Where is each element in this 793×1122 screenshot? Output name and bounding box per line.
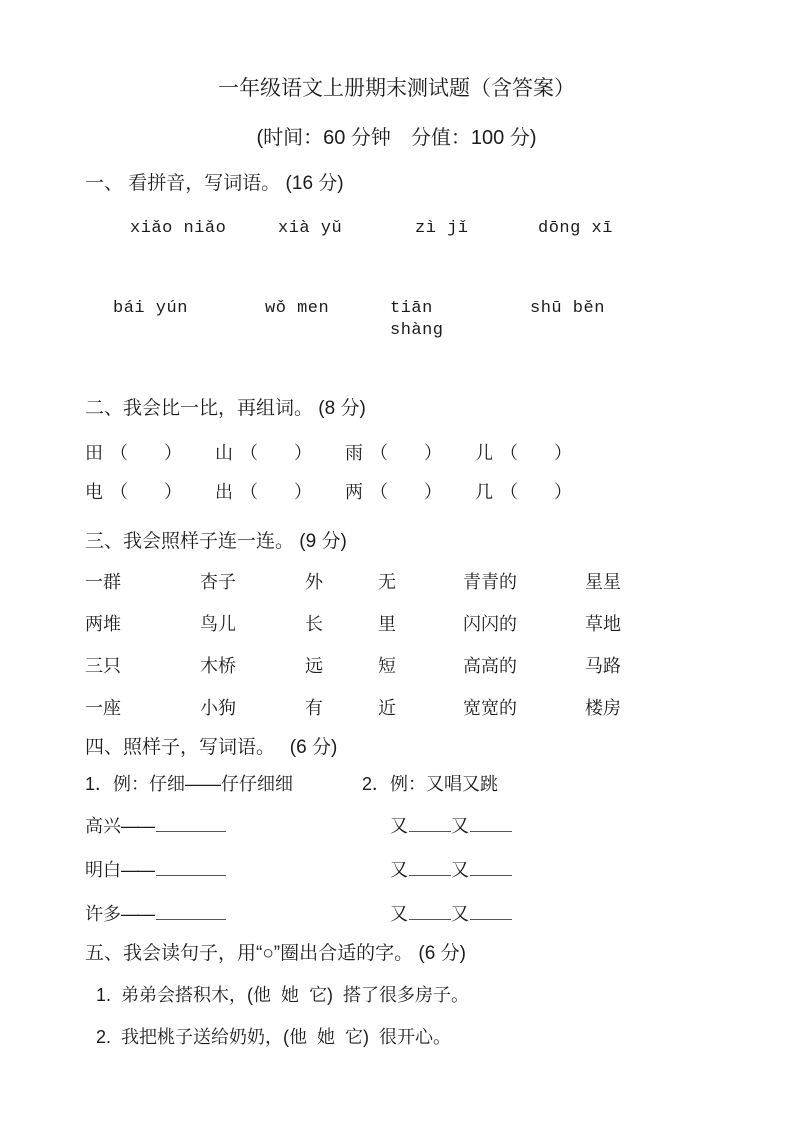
pinyin-word: bái yún — [85, 298, 233, 342]
match-cell: 高高的 — [463, 654, 585, 679]
answer-parentheses: （ ） — [500, 482, 572, 502]
answer-parentheses: （ ） — [370, 482, 442, 502]
character: 电 — [85, 482, 103, 502]
pinyin-word: xià yǔ — [233, 218, 370, 240]
character: 雨 — [345, 443, 363, 463]
match-cell: 一座 — [85, 696, 200, 721]
answer-blank — [409, 904, 451, 920]
section-1-heading: 一、 看拼音，写词语。 (16 分) — [85, 171, 708, 196]
answer-parentheses: （ ） — [240, 482, 312, 502]
pinyin-word: zì jǐ — [370, 218, 493, 240]
match-row: 一座 小狗 有 近 宽宽的 楼房 — [85, 696, 708, 721]
section-5-heading: 五、我会读句子，用“○”圈出合适的字。 (6 分) — [85, 941, 708, 966]
compare-cell: 雨（ ） — [345, 441, 475, 466]
compare-row-2: 电（ ） 出（ ） 两（ ） 几（ ） — [85, 480, 708, 505]
character: 几 — [475, 482, 493, 502]
compare-row-1: 田（ ） 山（ ） 雨（ ） 儿（ ） — [85, 441, 708, 466]
word: 许多 — [85, 904, 121, 924]
word-blank-right: 又又 — [390, 813, 708, 839]
pinyin-word: tiān shàng — [370, 298, 493, 342]
word: 明白 — [85, 860, 121, 880]
compare-cell: 几（ ） — [475, 480, 605, 505]
word-blank-right: 又又 — [390, 857, 708, 883]
pinyin-word: wǒ men — [233, 298, 370, 342]
pinyin-word: shū běn — [493, 298, 708, 342]
answer-blank — [409, 860, 451, 876]
page-subtitle: (时间：60 分钟 分值：100 分) — [85, 126, 708, 151]
match-cell: 短 — [378, 654, 463, 679]
word-blank-left: 明白—— — [85, 857, 390, 883]
match-cell: 星星 — [585, 570, 708, 595]
answer-parentheses: （ ） — [110, 482, 182, 502]
word-blank-left: 许多—— — [85, 901, 390, 927]
match-cell: 宽宽的 — [463, 696, 585, 721]
example-left: 1．例：仔细——仔仔细细 — [85, 772, 362, 797]
em-dash: —— — [121, 816, 153, 836]
answer-parentheses: （ ） — [240, 443, 312, 463]
match-cell: 外 — [305, 570, 378, 595]
answer-parentheses: （ ） — [500, 443, 572, 463]
answer-blank — [156, 860, 226, 876]
answer-blank — [156, 816, 226, 832]
em-dash: —— — [121, 904, 153, 924]
answer-blank — [409, 816, 451, 832]
sentence-2: 2. 我把桃子送给奶奶，(他 她 它) 很开心。 — [85, 1025, 708, 1050]
match-cell: 杏子 — [200, 570, 305, 595]
pinyin-row-1: xiǎo niǎo xià yǔ zì jǐ dōng xī — [85, 218, 708, 240]
word-blank-left: 高兴—— — [85, 813, 390, 839]
section-2-heading: 二、我会比一比，再组词。 (8 分) — [85, 396, 708, 421]
answer-parentheses: （ ） — [370, 443, 442, 463]
em-dash: —— — [121, 860, 153, 880]
word-blank-row: 高兴—— 又又 — [85, 813, 708, 839]
again-char: 又 — [451, 816, 469, 836]
match-row: 两堆 鸟儿 长 里 闪闪的 草地 — [85, 612, 708, 637]
match-cell: 马路 — [585, 654, 708, 679]
match-cell: 无 — [378, 570, 463, 595]
match-row: 三只 木桥 远 短 高高的 马路 — [85, 654, 708, 679]
match-cell: 小狗 — [200, 696, 305, 721]
page-title: 一年级语文上册期末测试题（含答案） — [85, 76, 708, 102]
word: 高兴 — [85, 816, 121, 836]
compare-cell: 出（ ） — [215, 480, 345, 505]
match-cell: 里 — [378, 612, 463, 637]
match-row: 一群 杏子 外 无 青青的 星星 — [85, 570, 708, 595]
match-cell: 草地 — [585, 612, 708, 637]
character: 田 — [85, 443, 103, 463]
match-cell: 两堆 — [85, 612, 200, 637]
compare-cell: 两（ ） — [345, 480, 475, 505]
compare-cell: 山（ ） — [215, 441, 345, 466]
pinyin-row-2: bái yún wǒ men tiān shàng shū běn — [85, 298, 708, 342]
pinyin-word: dōng xī — [493, 218, 708, 240]
match-cell: 有 — [305, 696, 378, 721]
answer-blank — [470, 816, 512, 832]
again-char: 又 — [390, 904, 408, 924]
pinyin-word: xiǎo niǎo — [85, 218, 233, 240]
character: 两 — [345, 482, 363, 502]
match-cell: 鸟儿 — [200, 612, 305, 637]
again-char: 又 — [390, 860, 408, 880]
compare-cell: 儿（ ） — [475, 441, 605, 466]
section-4-heading: 四、照样子，写词语。 (6 分) — [85, 735, 708, 760]
word-blank-right: 又又 — [390, 901, 708, 927]
word-blank-row: 许多—— 又又 — [85, 901, 708, 927]
sentence-1: 1. 弟弟会搭积木，(他 她 它) 搭了很多房子。 — [85, 983, 708, 1008]
character: 山 — [215, 443, 233, 463]
match-cell: 一群 — [85, 570, 200, 595]
match-cell: 三只 — [85, 654, 200, 679]
character: 儿 — [475, 443, 493, 463]
exam-page: 一年级语文上册期末测试题（含答案） (时间：60 分钟 分值：100 分) 一、… — [0, 0, 793, 1122]
match-cell: 楼房 — [585, 696, 708, 721]
match-cell: 木桥 — [200, 654, 305, 679]
compare-cell: 电（ ） — [85, 480, 215, 505]
match-cell: 远 — [305, 654, 378, 679]
answer-blank — [470, 904, 512, 920]
answer-blank — [470, 860, 512, 876]
again-char: 又 — [451, 904, 469, 924]
compare-cell: 田（ ） — [85, 441, 215, 466]
section-3-heading: 三、我会照样子连一连。 (9 分) — [85, 529, 708, 554]
answer-parentheses: （ ） — [110, 443, 182, 463]
match-cell: 青青的 — [463, 570, 585, 595]
answer-blank — [156, 904, 226, 920]
match-cell: 闪闪的 — [463, 612, 585, 637]
match-cell: 近 — [378, 696, 463, 721]
example-right: 2．例：又唱又跳 — [362, 772, 708, 797]
again-char: 又 — [390, 816, 408, 836]
example-row: 1．例：仔细——仔仔细细 2．例：又唱又跳 — [85, 772, 708, 797]
match-cell: 长 — [305, 612, 378, 637]
word-blank-row: 明白—— 又又 — [85, 857, 708, 883]
again-char: 又 — [451, 860, 469, 880]
character: 出 — [215, 482, 233, 502]
